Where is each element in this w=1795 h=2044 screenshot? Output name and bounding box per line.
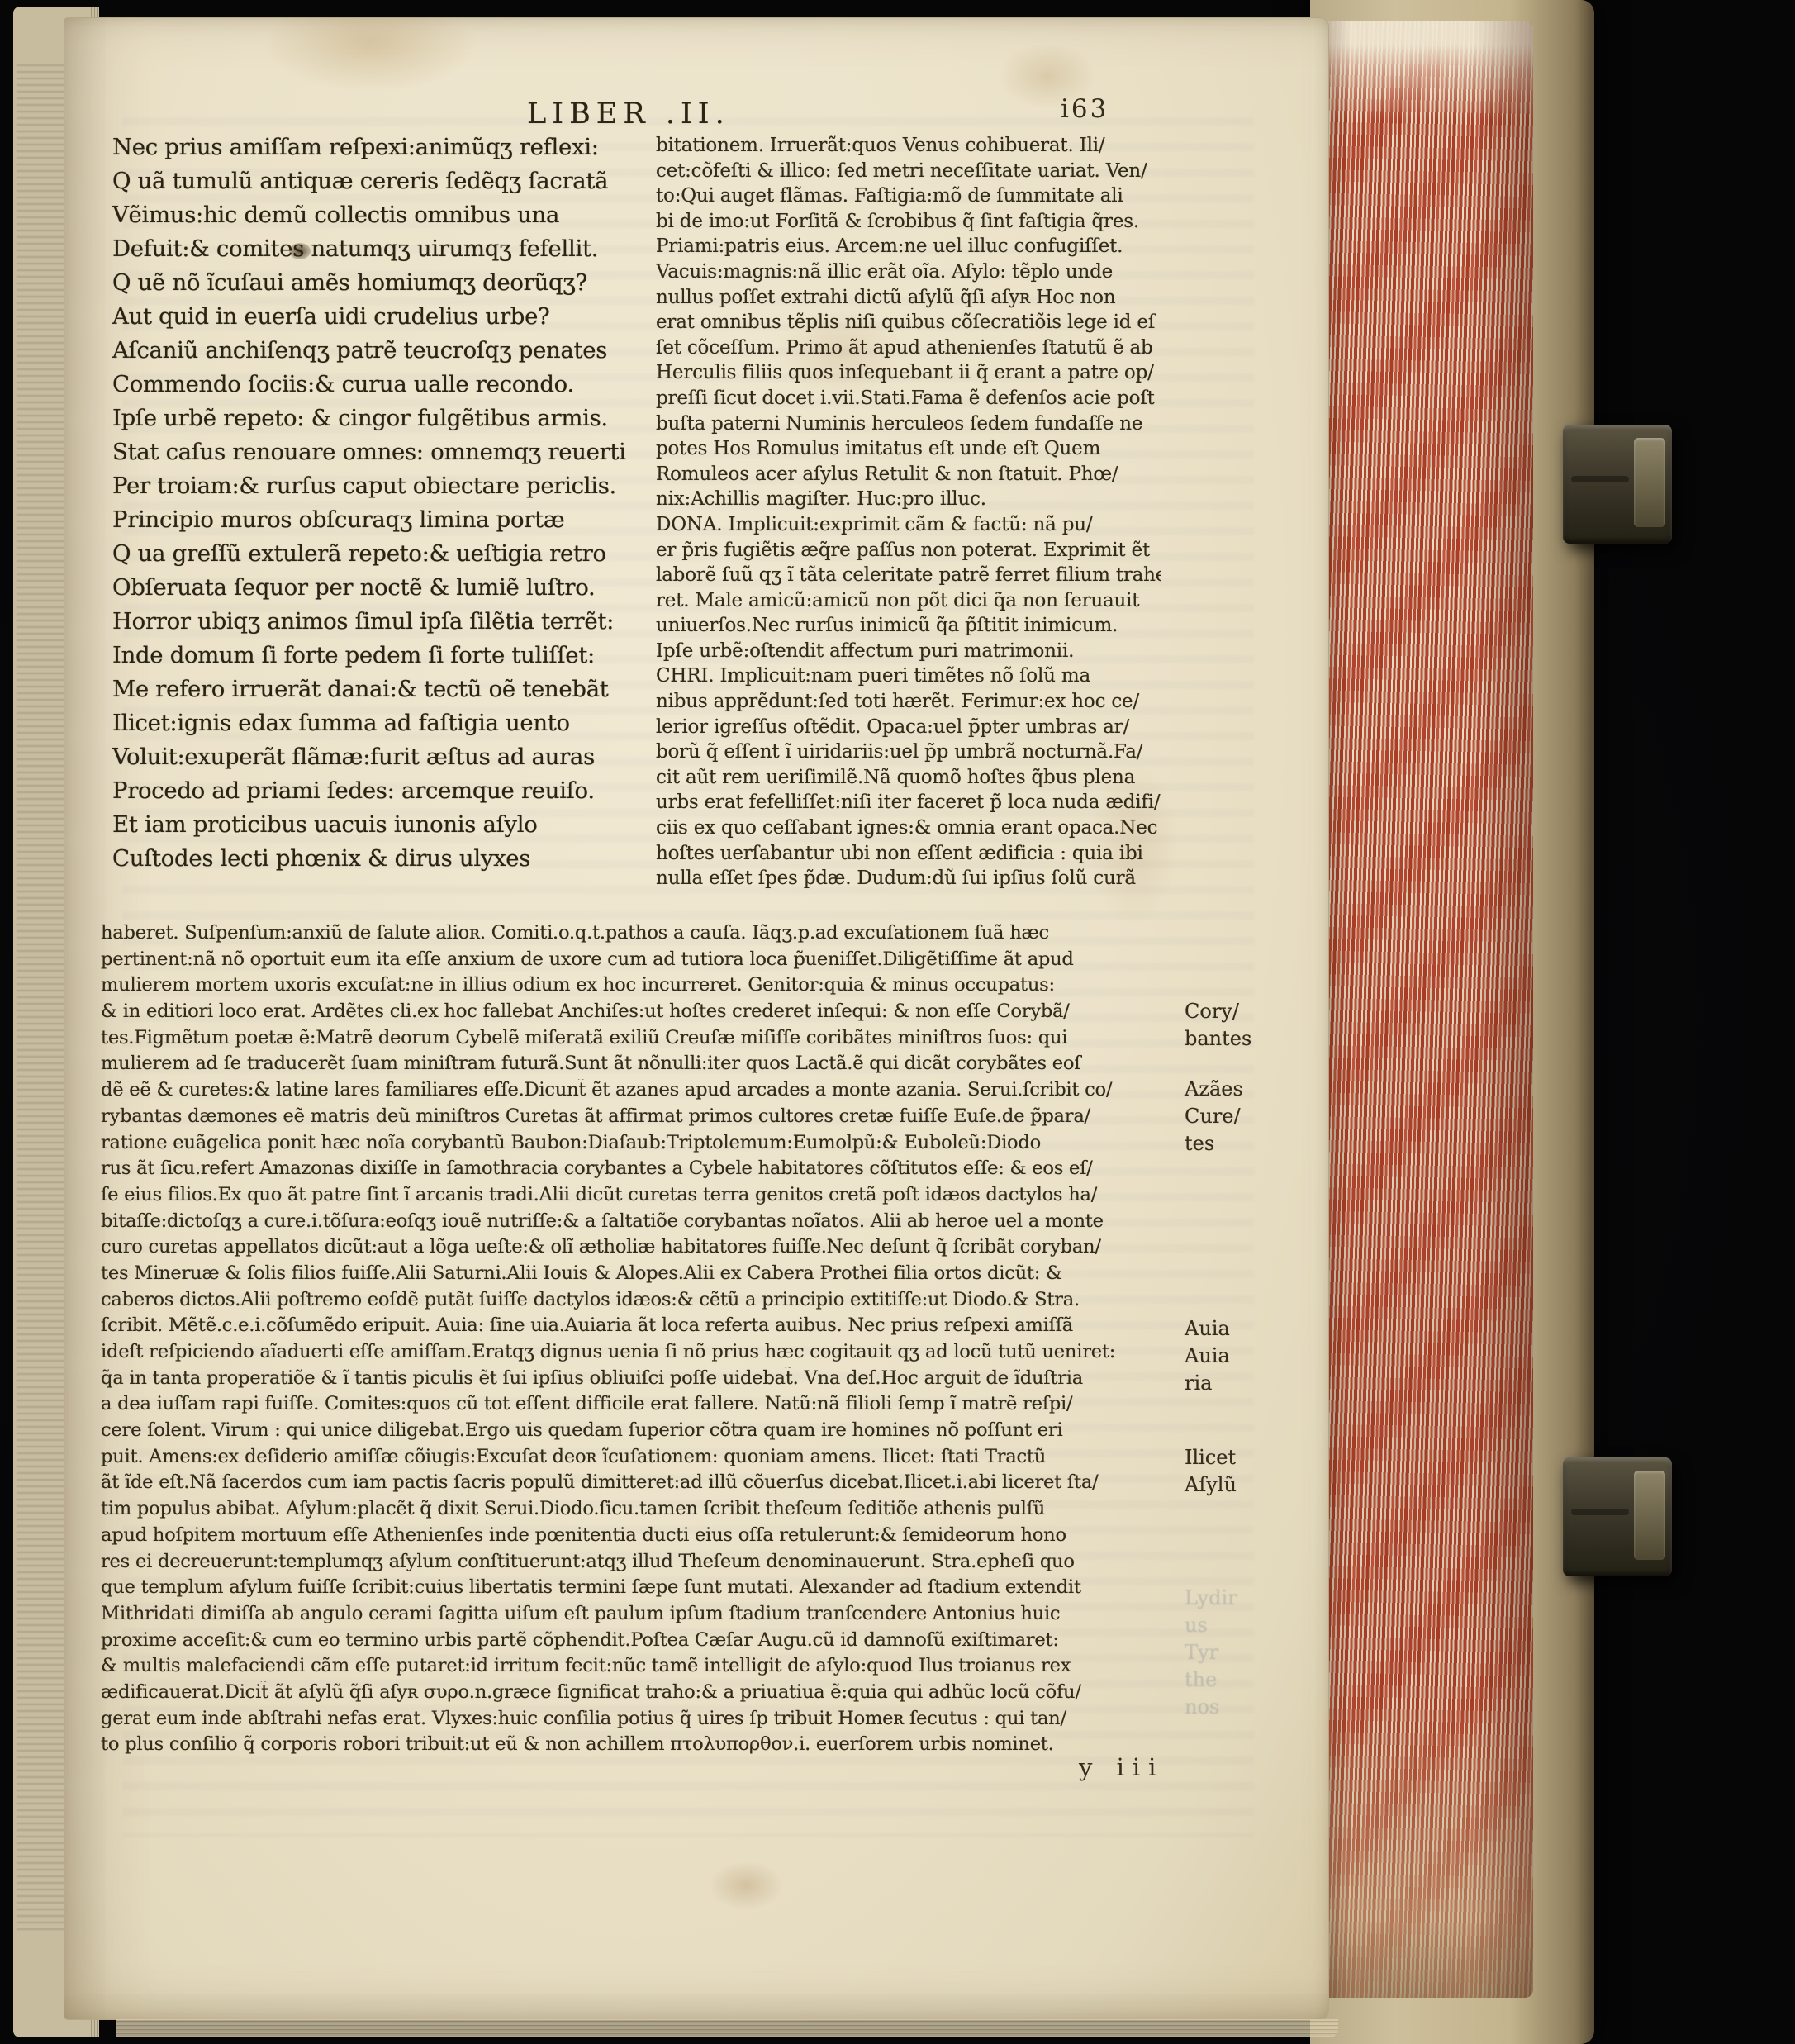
commentary-line: uniuerſos.Nec rurſus inimicũ q̃a p̃ſtiti… <box>656 615 1161 640</box>
verse-line: Defuit:& comites natumqʒ uirumqʒ fefelli… <box>112 235 649 269</box>
commentary-column: bitationem. Irruerãt:quos Venus cohibuer… <box>656 135 1161 893</box>
commentary-line: puit. Amens:ex deſiderio amiſſæ cõiugis:… <box>101 1446 1168 1472</box>
commentary-line: cet:cõfeſti & illico: ſed metri neceſſit… <box>656 160 1161 186</box>
photo-background: LIBER .II. i63 Nec prius amiſſam reſpexi… <box>0 0 1795 2044</box>
commentary-line: erat omnibus tẽplis niſi quibus cõſecrat… <box>656 311 1161 337</box>
commentary-line: curo curetas appellatos dicũt:aut a lõga… <box>101 1236 1168 1262</box>
commentary-line: gerat eum inde abſtrahi nefas erat. Vlyx… <box>101 1708 1168 1734</box>
verse-line: Q uẽ nõ ĩcuſaui amẽs homiumqʒ deorũqʒ? <box>112 269 649 303</box>
verse-line: Horror ubiqʒ animos ſimul ipſa ſilẽtia t… <box>112 608 649 642</box>
verse-column: Nec prius amiſſam reſpexi:animũqʒ reflex… <box>112 134 649 879</box>
commentary-line: ãt ĩde eſt.Nã ſacerdos cum iam pactis ſa… <box>101 1471 1168 1498</box>
margin-note-line: Cure/ <box>1185 1105 1308 1132</box>
margin-note-line: tes <box>1185 1132 1308 1159</box>
commentary-line: cere ſolent. Virum : qui unice diligebat… <box>101 1419 1168 1446</box>
commentary-line: q̃a in tanta properatiõe & ĩ tantis picu… <box>101 1367 1168 1394</box>
commentary-line: tim populus abibat. Aſylum:placẽt q̃ dix… <box>101 1498 1168 1524</box>
margin-note-line: Auia <box>1185 1317 1308 1344</box>
margin-note-line: Azães <box>1185 1077 1308 1105</box>
commentary-line: caberos dictos.Alii poſtremo eoſdẽ putãt… <box>101 1289 1168 1315</box>
commentary-line: Romuleos acer aſylus Retulit & non ſtatu… <box>656 463 1161 489</box>
verse-line: Cuſtodes lecti phœnix & dirus ulyxes <box>112 845 649 879</box>
clasp-top <box>1563 425 1672 544</box>
verse-line: Commendo ſociis:& curua ualle recondo. <box>112 371 649 405</box>
commentary-line: Priami:patris eius. Arcem:ne uel illuc c… <box>656 235 1161 261</box>
commentary-line: nix:Achillis magiſter. Huc:pro illuc. <box>656 488 1161 514</box>
foxing-stain <box>263 18 477 93</box>
verse-line: Procedo ad priami ſedes: arcemque reuiſo… <box>112 777 649 811</box>
commentary-line: ideſt reſpiciendo aĩaduerti eſſe amiſſam… <box>101 1341 1168 1367</box>
margin-note-line: ria <box>1185 1371 1308 1399</box>
verse-line: Me refero irruerãt danai:& tectũ oẽ tene… <box>112 676 649 710</box>
verse-line: Per troiam:& rurſus caput obiectare peri… <box>112 473 649 506</box>
commentary-line: preſſi ſicut docet i.vii.Stati.Fama ẽ de… <box>656 387 1161 413</box>
verse-line: Inde domum ſi forte pedem ſi forte tuliſ… <box>112 642 649 676</box>
margin-note-line: the <box>1185 1668 1308 1695</box>
commentary-line: mulierem mortem uxoris excuſat:ne in ill… <box>101 974 1168 1001</box>
commentary-line: lerior igreſſus oſtẽdit̃. Opaca:uel p̃pt… <box>656 716 1161 742</box>
verse-line: Principio muros obſcuraqʒ limina portæ <box>112 506 649 540</box>
running-title: LIBER .II. <box>527 97 730 131</box>
book-page: LIBER .II. i63 Nec prius amiſſam reſpexi… <box>64 18 1328 2019</box>
margin-note-line: Auia <box>1185 1344 1308 1371</box>
commentary-line: pertinent:nã nõ oportuit eum ita eſſe an… <box>101 948 1168 975</box>
verse-line: Q uã tumulũ antiquæ cereris ſedẽqʒ ſacra… <box>112 168 649 202</box>
commentary-line: er p̃ris fugiẽtis æq̃re paſſus non poter… <box>656 540 1161 565</box>
commentary-line: bitaſſe:dictoſqʒ a cure.i.tõſura:eoſqʒ i… <box>101 1210 1168 1237</box>
commentary-line: ret. Male amicũ:amicũ non põt dici q̃a n… <box>656 590 1161 616</box>
commentary-line: nibus apprẽdunt:ſed toti hærẽt. Ferimur:… <box>656 691 1161 716</box>
commentary-line: to:Qui auget flãmas. Faſtigia:mõ de ſumm… <box>656 185 1161 211</box>
verse-line: Obſeruata ſequor per noctẽ & lumiẽ luſtr… <box>112 574 649 608</box>
foxing-stain <box>709 1861 783 1910</box>
commentary-line: CHRI. Implicuit:nam pueri timẽtes nõ ſol… <box>656 665 1161 691</box>
commentary-line: res ei decreuerunt:templumqʒ aſylum conſ… <box>101 1551 1168 1577</box>
margin-note-azanes-curetes: AzãesCure/tes <box>1185 1077 1308 1159</box>
quire-signature: y iii <box>1079 1753 1164 1781</box>
margin-note-line: Tyr <box>1185 1641 1308 1668</box>
commentary-line: cit aũt rem ueriſimilẽ.Nã quomõ hoſtes q… <box>656 767 1161 792</box>
bottom-page-edges <box>116 2019 1338 2037</box>
lower-commentary-block: haberet. Suſpenſum:anxiũ de ſalute alioʀ… <box>101 922 1168 1760</box>
margin-note-auiaria: AuiaAuiaria <box>1185 1317 1308 1399</box>
red-sprinkled-fore-edge <box>1325 21 1533 1998</box>
verse-line: Ilicet:ignis edax ſumma ad faſtigia uent… <box>112 710 649 744</box>
commentary-line: potes Hos Romulus imitatus eſt unde eſt … <box>656 438 1161 463</box>
commentary-line: Vacuis:magnis:nã illic erãt oĩa. Aſylo: … <box>656 261 1161 287</box>
verse-line: Aſcaniũ anchiſenqʒ patrẽ teucroſqʒ penat… <box>112 337 649 371</box>
commentary-line: laborẽ ſuũ qʒ ĩ tãta celeritate patrẽ fe… <box>656 564 1161 590</box>
verse-line: Stat caſus renouare omnes: omnemqʒ reuer… <box>112 439 649 473</box>
margin-note-line: Lydir <box>1185 1586 1308 1614</box>
commentary-line: Herculis filiis quos inſequebant̃ ii q̃ … <box>656 362 1161 387</box>
commentary-line: ſe eius filios.Ex quo ãt patre ſint ĩ ar… <box>101 1184 1168 1210</box>
commentary-line: Ipſe urbẽ:oſtendit affectum puri matrimo… <box>656 640 1161 666</box>
verse-line: Q ua greſſũ extulerã repeto:& ueſtigia r… <box>112 540 649 574</box>
commentary-line: ratione euãgelica ponit hæc noĩa coryban… <box>101 1132 1168 1158</box>
commentary-line: tes.Figmẽtum poetæ ẽ:Matrẽ deorum Cybelẽ… <box>101 1027 1168 1053</box>
commentary-line: ſet cõceſſum. Primo ãt apud athenienſes … <box>656 337 1161 363</box>
margin-note-line: Ilicet <box>1185 1446 1308 1473</box>
verse-line: Ipſe urbẽ repeto: & cingor fulgẽtibus ar… <box>112 405 649 439</box>
margin-note-line: Aſylũ <box>1185 1473 1308 1500</box>
commentary-line: borũ q̃ eſſent ĩ uiridariis:uel p̃p umbr… <box>656 741 1161 767</box>
folio-number: i63 <box>1061 94 1109 124</box>
commentary-line: & multis malefaciendi cãm eſſe putaret:i… <box>101 1655 1168 1681</box>
commentary-line: que templum aſylum fuiſſe ſcribit:cuius … <box>101 1576 1168 1603</box>
verse-line: Et iam proticibus uacuis iunonis aſylo <box>112 811 649 845</box>
commentary-line: apud hoſpitem mortuum eſſe Athenienſes i… <box>101 1524 1168 1551</box>
commentary-line: proxime acceſit:& cum eo termino urbis p… <box>101 1629 1168 1656</box>
verse-line: Voluit:exuperãt flãmæ:furit æſtus ad aur… <box>112 744 649 777</box>
commentary-line: bitationem. Irruerãt:quos Venus cohibuer… <box>656 135 1161 160</box>
commentary-line: Mithridati dimiſſa ab angulo cerami ſagi… <box>101 1603 1168 1629</box>
commentary-line: hoſtes uerſabantur ubi non eſſent ædific… <box>656 843 1161 868</box>
commentary-line: nulla eſſet ſpes p̃dæ. Dudum:dũ ſui ipſi… <box>656 868 1161 893</box>
commentary-line: rybantas dæmones eẽ matris deũ miniſtros… <box>101 1105 1168 1132</box>
commentary-line: ciis ex quo ceſſabant ignes:& omnia eran… <box>656 817 1161 843</box>
commentary-line: to plus conſilio q̃ corporis robori trib… <box>101 1733 1168 1760</box>
margin-note-corybantes: Cory/bantes <box>1185 1000 1308 1054</box>
verse-line: Nec prius amiſſam reſpexi:animũqʒ reflex… <box>112 134 649 168</box>
verse-line: Vẽimus:hic demũ collectis omnibus una <box>112 202 649 235</box>
commentary-line: buſta paterni Numinis herculeos ſedem fu… <box>656 413 1161 439</box>
commentary-line: & in editiori loco erat. Ardẽtes cli.ex … <box>101 1001 1168 1027</box>
commentary-line: ſcribit. Mẽtẽ.c.e.i.cõſumẽdo eripuit. Au… <box>101 1314 1168 1341</box>
commentary-line: haberet. Suſpenſum:anxiũ de ſalute alioʀ… <box>101 922 1168 948</box>
commentary-line: nullus poſſet extrahi dictũ aſylũ q̃ſi a… <box>656 287 1161 312</box>
commentary-line: tes Mineruæ & ſolis filios fuiſſe.Alii S… <box>101 1262 1168 1289</box>
commentary-line: mulierem ad ſe traducerẽt ſuam miniſtram… <box>101 1053 1168 1079</box>
margin-note-line: Cory/ <box>1185 1000 1308 1027</box>
commentary-line: a dea iuſſam rapi fuiſſe. Comites:quos c… <box>101 1393 1168 1419</box>
margin-note-line: nos <box>1185 1695 1308 1723</box>
commentary-line: DONA. Implicuit:exprimit cãm & factũ: nã… <box>656 514 1161 540</box>
commentary-line: rus ãt ſicu.refert Amazonas dixiſſe in ſ… <box>101 1157 1168 1184</box>
margin-note-showthrough: LydirusTyrthenos <box>1185 1586 1308 1723</box>
clasp-bottom <box>1563 1457 1672 1576</box>
margin-note-ilicet-asylum: IlicetAſylũ <box>1185 1446 1308 1500</box>
commentary-line: urbs erat fefelliſſet:niſi iter faceret … <box>656 791 1161 817</box>
margin-note-line: bantes <box>1185 1027 1308 1054</box>
margin-note-line: us <box>1185 1614 1308 1641</box>
verse-line: Aut quid in euerſa uidi crudelius urbe? <box>112 303 649 337</box>
commentary-line: ædificauerat.Dicit̃ ãt aſylũ q̃ſi aſyʀ σ… <box>101 1681 1168 1708</box>
commentary-line: dẽ eẽ & curetes:& latine lares familiare… <box>101 1079 1168 1105</box>
commentary-line: bi de imo:ut Forſitã & ſcrobibus q̃ ſint… <box>656 211 1161 236</box>
